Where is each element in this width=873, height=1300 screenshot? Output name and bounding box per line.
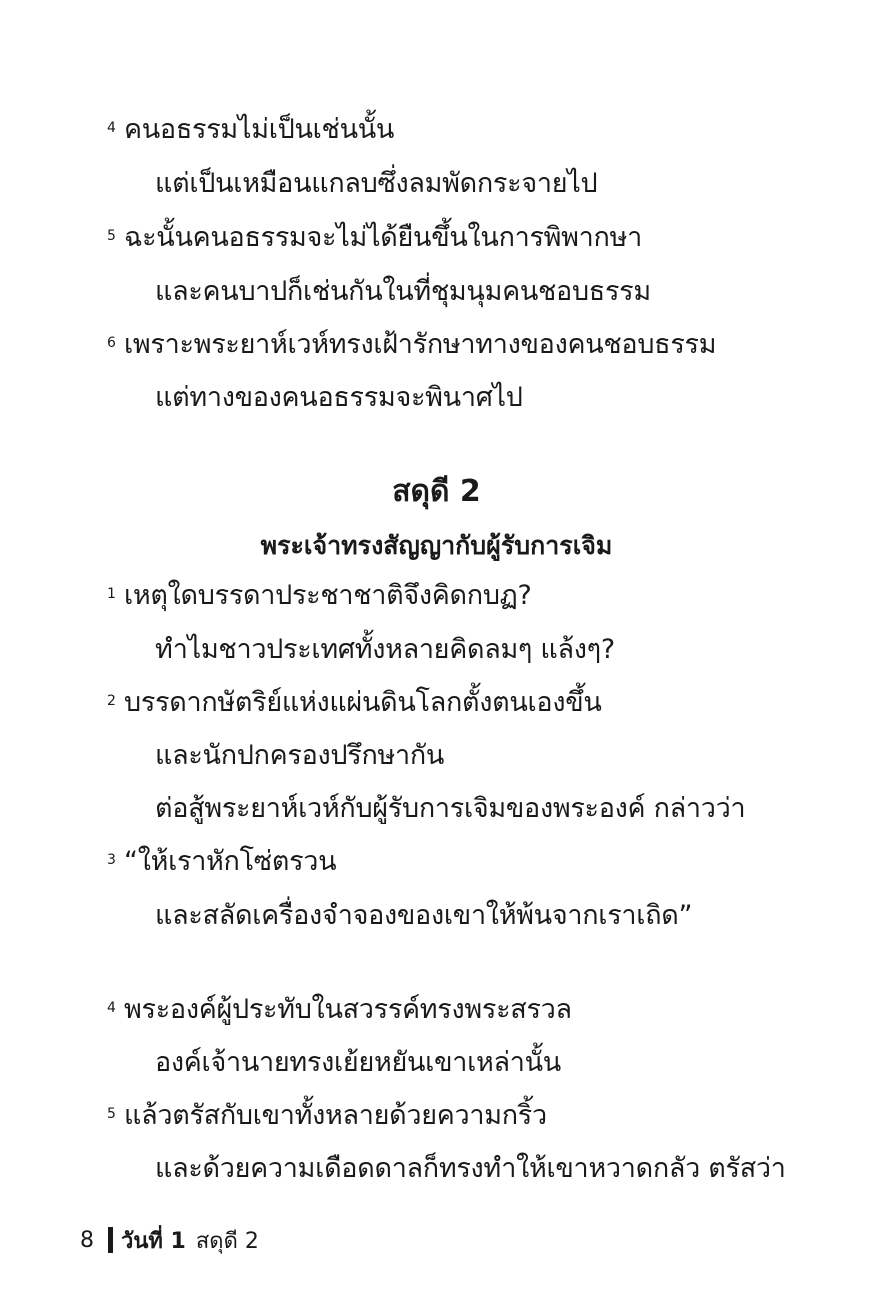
footer-section-label: สดุดี 2 (196, 1223, 259, 1258)
footer-day-label: วันที่ 1 (121, 1223, 186, 1258)
verse-line: องค์เจ้านายทรงเย้ยหยันเขาเหล่านั้น (155, 1045, 561, 1081)
verse-number: 2 (107, 693, 116, 709)
verse-number: 1 (107, 586, 116, 602)
verse-line: ต่อสู้พระยาห์เวห์กับผู้รับการเจิมของพระอ… (155, 791, 745, 827)
verse-number: 4 (107, 1000, 116, 1016)
verse-line: ทำไมชาวประเทศทั้งหลายคิดลมๆ แล้งๆ? (155, 632, 615, 668)
verse-number: 5 (107, 228, 116, 244)
verse-line: และด้วยความเดือดดาลก็ทรงทำให้เขาหวาดกลัว… (155, 1151, 786, 1187)
verse-line: เหตุใดบรรดาประชาชาติจึงคิดกบฏ? (124, 578, 532, 614)
verse-line: เพราะพระยาห์เวห์ทรงเฝ้ารักษาทางของคนชอบธ… (124, 327, 716, 363)
psalm-subtitle: พระเจ้าทรงสัญญากับผู้รับการเจิม (0, 529, 873, 563)
verse-line: แต่ทางของคนอธรรมจะพินาศไป (155, 380, 523, 416)
psalm-title: สดุดี 2 (0, 472, 873, 512)
verse-line: แล้วตรัสกับเขาทั้งหลายด้วยความกริ้ว (124, 1098, 547, 1134)
verse-line: คนอธรรมไม่เป็นเช่นนั้น (124, 112, 394, 148)
verse-line: แต่เป็นเหมือนแกลบซึ่งลมพัดกระจายไป (155, 166, 597, 202)
verse-number: 3 (107, 852, 116, 868)
verse-line: และคนบาปก็เช่นกันในที่ชุมนุมคนชอบธรรม (155, 274, 651, 310)
verse-line: และนักปกครองปรึกษากัน (155, 738, 444, 774)
footer-divider-bar (108, 1227, 113, 1253)
verse-line: บรรดากษัตริย์แห่งแผ่นดินโลกตั้งตนเองขึ้น (124, 685, 602, 721)
verse-line: พระองค์ผู้ประทับในสวรรค์ทรงพระสรวล (124, 992, 572, 1028)
verse-line: ฉะนั้นคนอธรรมจะไม่ได้ยืนขึ้นในการพิพากษา (124, 220, 642, 256)
page-number: 8 (80, 1228, 94, 1253)
verse-number: 5 (107, 1106, 116, 1122)
verse-number: 6 (107, 335, 116, 351)
verse-line: “ให้เราหักโซ่ตรวน (124, 844, 336, 880)
verse-number: 4 (107, 120, 116, 136)
page-footer: 8 วันที่ 1 สดุดี 2 (80, 1222, 259, 1258)
verse-line: และสลัดเครื่องจำจองของเขาให้พ้นจากเราเถิ… (155, 898, 692, 934)
